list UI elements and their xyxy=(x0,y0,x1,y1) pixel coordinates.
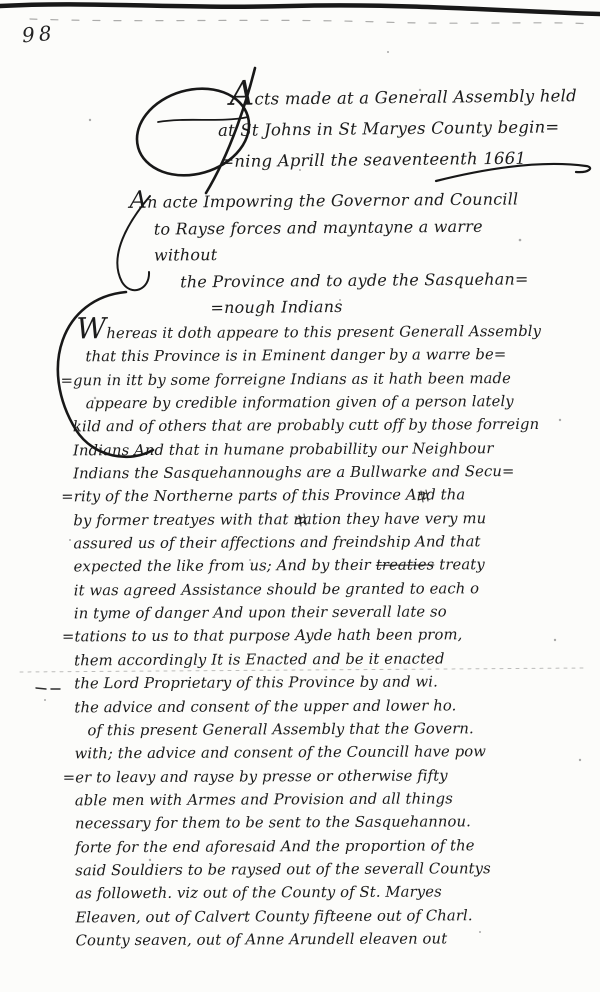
body-line: with; the advice and consent of the Coun… xyxy=(63,740,595,766)
body-line: =tations to us to that purpose Ayde hath… xyxy=(62,623,594,649)
act-title: An acte Impowring the Governor and Counc… xyxy=(129,186,550,322)
body-line: appeare by credible information given of… xyxy=(61,390,593,416)
manuscript-page: 98 Acts made at a Generall Assembly held… xyxy=(0,0,600,992)
strike-line-pre: expected the like from us; And by their xyxy=(74,557,371,576)
body-line: =gun in itt by some forreigne Indians as… xyxy=(61,366,593,392)
body-line: kild and of others that are probably cut… xyxy=(61,413,593,439)
act-body-text: Whereas it doth appeare to this present … xyxy=(60,320,595,953)
act-title-line: to Rayse forces and mayntayne a warre wi… xyxy=(130,213,550,270)
body-line: =er to leavy and rayse by presse or othe… xyxy=(63,763,595,789)
body-line: it was agreed Assistance should be grant… xyxy=(62,576,594,602)
body-line: in tyme of danger And upon their several… xyxy=(62,600,594,626)
body-line: as followeth. viz out of the County of S… xyxy=(63,880,595,906)
body-line: said Souldiers to be raysed out of the s… xyxy=(63,857,595,883)
body-line: Indians the Sasquehannoughs are a Bullwa… xyxy=(61,460,593,486)
body-line: Whereas it doth appeare to this present … xyxy=(60,320,592,346)
top-edge-scan-band xyxy=(0,4,600,24)
heading-line: Acts made at a Generall Assembly held xyxy=(218,80,588,115)
page-number: 98 xyxy=(21,21,56,48)
body-line: necessary for them to be sent to the Sas… xyxy=(63,810,595,836)
body-line: by former treatyes with that nation they… xyxy=(61,506,593,532)
struck-word: treaties xyxy=(376,557,435,574)
body-line: Eleaven, out of Calvert County fifteene … xyxy=(63,903,595,929)
act-title-line: the Province and to ayde the Sasquehan= xyxy=(130,266,550,296)
body-line: the advice and consent of the upper and … xyxy=(62,693,594,719)
body-line: =rity of the Northerne parts of this Pro… xyxy=(61,483,593,509)
body-line: that this Province is in Eminent danger … xyxy=(60,343,592,369)
body-line: forte for the end aforesaid And the prop… xyxy=(63,833,595,859)
body-line-with-strikethrough: expected the like from us; And by theirt… xyxy=(62,553,594,579)
body-line: them accordingly It is Enacted and be it… xyxy=(62,646,594,672)
body-line: County seaven, out of Anne Arundell elea… xyxy=(64,927,596,953)
body-line: able men with Armes and Provision and al… xyxy=(63,786,595,812)
heading-line: =ning Aprill the seaventeenth 1661 xyxy=(218,142,588,177)
strike-line-post: treaty xyxy=(439,557,485,574)
body-line: the Lord Proprietary of this Province by… xyxy=(62,670,594,696)
body-line: assured us of their affections and frein… xyxy=(61,530,593,556)
heading-line: at St Johns in St Maryes County begin= xyxy=(218,111,588,146)
body-line: of this present Generall Assembly that t… xyxy=(62,716,594,742)
body-line: Indians And that in humane probabillity … xyxy=(61,436,593,462)
act-title-line: An acte Impowring the Governor and Counc… xyxy=(129,186,549,216)
assembly-heading: Acts made at a Generall Assembly held at… xyxy=(218,80,589,177)
act-title-line: =nough Indians xyxy=(130,292,550,322)
